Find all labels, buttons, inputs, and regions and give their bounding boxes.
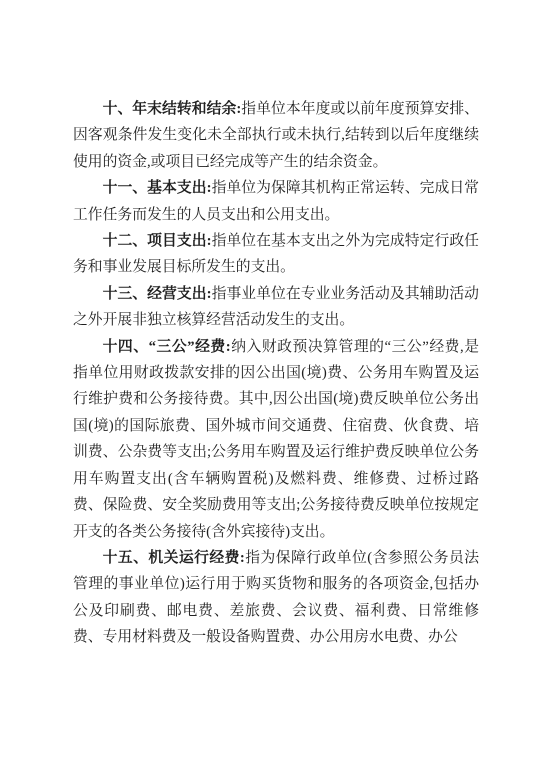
term-label: 十三、经营支出:	[103, 286, 212, 302]
definition-paragraph-basic-expenditure: 十一、基本支出:指单位为保障其机构正常运转、完成日常工作任务而发生的人员支出和公…	[73, 175, 479, 228]
term-definition: 纳入财政预决算管理的“三公”经费,是指单位用财政拨款安排的因公出国(境)费、公务…	[73, 339, 479, 540]
term-label: 十二、项目支出:	[103, 233, 212, 249]
definition-paragraph-three-public-funds: 十四、“三公”经费:纳入财政预决算管理的“三公”经费,是指单位用财政拨款安排的因…	[73, 334, 479, 545]
definition-paragraph-project-expenditure: 十二、项目支出:指单位在基本支出之外为完成特定行政任务和事业发展目标所发生的支出…	[73, 228, 479, 281]
document-body-text: 十、年末结转和结余:指单位本年度或以前年度预算安排、因客观条件发生变化未全部执行…	[73, 96, 479, 651]
term-label: 十、年末结转和结余:	[103, 101, 242, 117]
definition-paragraph-year-end-carryover: 十、年末结转和结余:指单位本年度或以前年度预算安排、因客观条件发生变化未全部执行…	[73, 96, 479, 175]
definition-paragraph-operating-expenditure: 十三、经营支出:指事业单位在专业业务活动及其辅助活动之外开展非独立核算经营活动发…	[73, 281, 479, 334]
term-label: 十四、“三公”经费:	[103, 339, 231, 355]
document-page: 十、年末结转和结余:指单位本年度或以前年度预算安排、因客观条件发生变化未全部执行…	[0, 0, 550, 777]
term-label: 十一、基本支出:	[103, 180, 212, 196]
definition-paragraph-agency-operating-funds: 十五、机关运行经费:指为保障行政单位(含参照公务员法管理的事业单位)运行用于购买…	[73, 545, 479, 651]
term-label: 十五、机关运行经费:	[103, 550, 245, 566]
